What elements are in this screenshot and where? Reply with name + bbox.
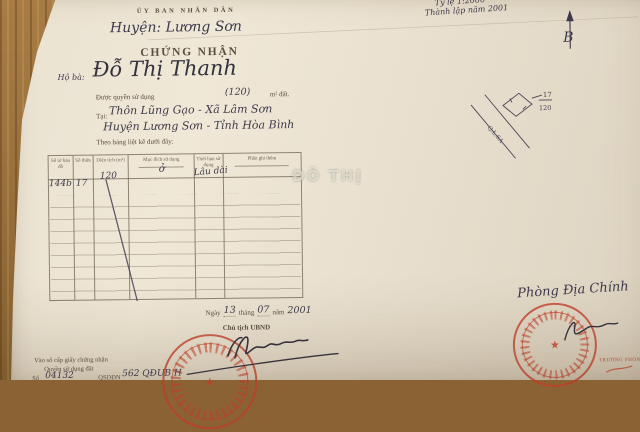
north-arrow-icon: B (562, 12, 574, 49)
registry-number-handwritten: 04132 (45, 371, 74, 380)
sketch-parcel-no: 17 (543, 91, 552, 99)
day-value: 13 (224, 305, 236, 317)
registry-code-handwritten: 562 QĐUB H (122, 368, 182, 379)
stamp-star-icon: ★ (205, 375, 215, 380)
land-office-red-stamp: ★ (512, 302, 597, 380)
month-value: 07 (257, 304, 269, 316)
holder-name: Đỗ Thị Thanh (92, 56, 237, 82)
value-parcel: 17 (76, 179, 88, 189)
certificate-document: ỦY BAN NHÂN DÂN Huyện: Lương Sơn CHỨNG N… (0, 0, 640, 380)
road-line-2 (471, 104, 516, 159)
parcel-table: Số tờ bản đồ Số thửa Diện tích (m²) Mục … (48, 152, 304, 301)
area-unit: m² đất. (270, 90, 290, 98)
grant-label: Được quyền sử dụng (96, 93, 155, 102)
location-label: Tại: (96, 112, 107, 120)
month-label: tháng (239, 309, 255, 317)
svg-text:B: B (562, 30, 573, 46)
registry-line1: Vào sổ cấp giấy chứng nhận (34, 356, 108, 364)
date-line: Ngày 13 tháng 07 năm 2001 (205, 304, 311, 317)
area-value-handwritten: (120) (225, 87, 251, 98)
photo-watermark: ĐÔ THỊ (292, 167, 363, 185)
value-purpose: ở (159, 164, 165, 175)
sketch-parcel-area: 120 (539, 104, 552, 112)
road-line-1 (485, 94, 530, 149)
location-line1-handwritten: Thôn Lũng Gạo - Xã Lâm Sơn (109, 102, 272, 117)
issuer-header: ỦY BAN NHÂN DÂN (137, 7, 236, 15)
land-office-handwritten: Phòng Địa Chính (517, 279, 629, 301)
col-parcel: Số thửa (73, 156, 95, 300)
header-map-sheet: Số tờ bản đồ (49, 158, 73, 172)
table-intro: Theo bảng liệt kê dưới đây: (96, 138, 173, 147)
stamp-star-icon: ★ (550, 338, 560, 351)
header-notes: Phần ghi thêm (223, 155, 300, 164)
stamp-side-text: TRƯỞNG PHÒNG (599, 358, 640, 364)
holder-prefix: Hộ bà: (58, 73, 85, 82)
registry-code-label: QSDĐN (98, 374, 120, 380)
col-map-sheet: Số tờ bản đồ (49, 156, 76, 300)
day-label: Ngày (205, 309, 220, 317)
chairman-title: Chủ tịch UBND (223, 323, 271, 332)
header-area: Diện tích (m²) (93, 157, 128, 165)
year-value: 2001 (287, 305, 311, 316)
red-script-partial (606, 366, 632, 372)
header-parcel: Số thửa (73, 158, 92, 166)
value-map-sheet: 144b (49, 179, 72, 189)
registry-number-label: Số (32, 375, 39, 380)
col-purpose: Mục đích sử dụng (129, 154, 196, 299)
year-label: năm (272, 308, 284, 316)
parcel-sketch: Q.L.6A 17 120 (471, 91, 553, 159)
parcel-outline (503, 93, 532, 116)
district-handwritten: Huyện: Lương Sơn (110, 19, 242, 37)
header-notes-underline (235, 165, 289, 167)
col-notes: Phần ghi thêm (223, 153, 302, 298)
value-area: 120 (100, 171, 117, 181)
location-line2-handwritten: Huyện Lương Sơn - Tỉnh Hòa Bình (103, 118, 294, 133)
road-label: Q.L.6A (486, 124, 505, 145)
